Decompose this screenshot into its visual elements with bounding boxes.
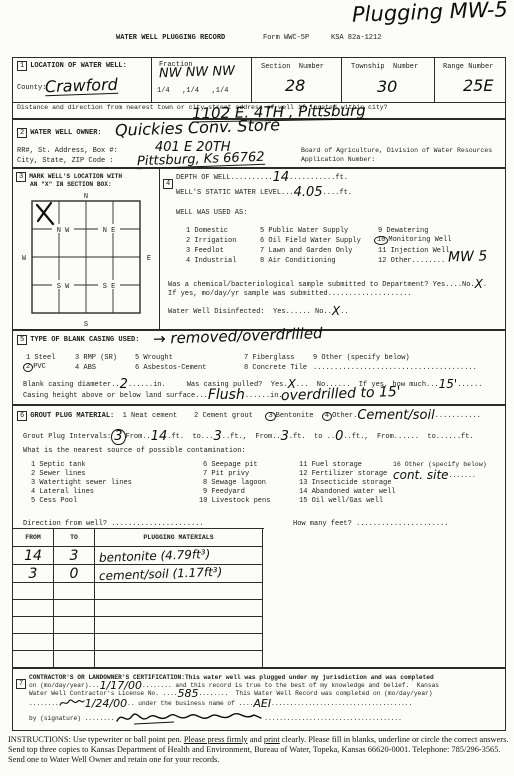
contamination-option: 15 Oil well/Gas well bbox=[299, 497, 383, 505]
table-cell bbox=[13, 651, 54, 669]
section1-title: 1LOCATION OF WATER WELL: bbox=[17, 61, 127, 71]
overdrilled-note: overdrilled to 15' bbox=[281, 385, 401, 403]
compass-w-label: W bbox=[22, 255, 27, 263]
section3-grid-box: 3MARK WELL'S LOCATION WITH AN "X" IN SEC… bbox=[12, 168, 160, 330]
section2-number: 2 bbox=[17, 128, 27, 138]
circled-10: 10 bbox=[374, 236, 388, 245]
circled-4: 4 bbox=[322, 412, 332, 421]
use-option-monitoring-well: 10Monitoring Well bbox=[374, 236, 451, 245]
contamination-option: 8 Sewage lagoon bbox=[203, 479, 266, 487]
township-number-label: Township Number bbox=[351, 63, 418, 71]
table-cell bbox=[54, 617, 95, 634]
business-name-value: AEI bbox=[253, 701, 271, 707]
static-water-level-value: 4.05 bbox=[294, 190, 323, 197]
casing-removed-note: → removed/overdrilled bbox=[153, 326, 323, 347]
handwritten-scribble bbox=[59, 698, 85, 707]
section7-certification-box: 7 CONTRACTOR'S OR LANDOWNER'S CERTIFICAT… bbox=[12, 668, 506, 731]
casing-option: 5 Wrought bbox=[135, 354, 173, 362]
table-header-materials: PLUGGING MATERIALS bbox=[95, 529, 263, 547]
section4-well-box: 4 DEPTH OF WELL..........14...........ft… bbox=[159, 168, 506, 330]
grout-option: 1 Neat cement bbox=[123, 412, 178, 420]
interval2-from: 3 bbox=[281, 434, 289, 441]
section2-owner-box: 2WATER WELL OWNER: Quickies Conv. Store … bbox=[12, 119, 506, 168]
divider bbox=[434, 58, 435, 103]
use-option: 11 Injection Well bbox=[378, 247, 449, 255]
form-number: Form WWC-5P bbox=[263, 34, 309, 42]
use-option: 2 Irrigation bbox=[186, 237, 236, 245]
section7-number: 7 bbox=[16, 679, 26, 689]
section1-number: 1 bbox=[17, 61, 27, 71]
circled-3: 3 bbox=[265, 412, 275, 421]
table-cell bbox=[95, 617, 263, 634]
circled-2: 2 bbox=[23, 363, 33, 372]
section1-location-box: 1LOCATION OF WATER WELL: County: Crawfor… bbox=[12, 57, 506, 103]
certification-line2: on (mo/day/year)...1/17/00........ and t… bbox=[29, 682, 439, 689]
section3-number: 3 bbox=[16, 172, 26, 182]
table-cell bbox=[13, 600, 54, 617]
use-option: 9 Dewatering bbox=[378, 227, 428, 235]
contamination-other-value: cont. site bbox=[393, 472, 449, 478]
grout-other-value: Cement/soil bbox=[357, 413, 434, 420]
casing-option-pvc: 2PVC bbox=[23, 363, 46, 372]
certification-line5: by (signature) .........................… bbox=[29, 709, 402, 727]
range-number-label: Range Number bbox=[443, 63, 493, 71]
use-option: 3 Feedlot bbox=[186, 247, 224, 255]
certification-line1: CONTRACTOR'S OR LANDOWNER'S CERTIFICATIO… bbox=[29, 674, 434, 681]
table-cell bbox=[95, 600, 263, 617]
table-cell bbox=[54, 583, 95, 600]
grout-option: Bentonite bbox=[276, 412, 314, 420]
casing-diameter-value: 2 bbox=[120, 382, 128, 389]
table-cell bbox=[54, 651, 95, 669]
record-completed-date-value: 1/24/00 bbox=[85, 701, 127, 707]
table-cell: bentonite (4.79ft³) bbox=[95, 547, 263, 565]
static-water-level-line: WELL'S STATIC WATER LEVEL...4.05....ft. bbox=[176, 189, 352, 197]
table-cell bbox=[13, 634, 54, 651]
contamination-label: What is the nearest source of possible c… bbox=[23, 447, 246, 455]
use-option: 7 Lawn and Garden Only bbox=[260, 247, 352, 255]
section6-grout-box: 6GROUT PLUG MATERIAL: 1 Neat cement 2 Ce… bbox=[12, 405, 506, 668]
table-header-to: TO bbox=[54, 529, 95, 547]
section5-number: 5 bbox=[17, 335, 27, 345]
city-state-zip-value: Pittsburg, Ks 66762 bbox=[137, 151, 265, 169]
form-title: WATER WELL PLUGGING RECORD bbox=[116, 34, 225, 42]
contamination-other-line: cont. site....... bbox=[393, 472, 476, 480]
interval1-to: 3 bbox=[213, 434, 221, 441]
table-cell bbox=[54, 634, 95, 651]
contamination-option: 1 Septic tank bbox=[31, 461, 86, 469]
grout-intervals-line: Grout Plug Intervals:3From..14.ft. to...… bbox=[23, 429, 474, 445]
use-other-value: MW 5 bbox=[448, 249, 488, 264]
contamination-option: 6 Seepage pit bbox=[203, 461, 258, 469]
table-cell: 0 bbox=[54, 565, 95, 583]
plugging-materials-table: FROM TO PLUGGING MATERIALS 14 3 bentonit… bbox=[12, 528, 264, 669]
well-used-as-label: WELL WAS USED AS: bbox=[176, 209, 247, 217]
disinfected-line: Water Well Disinfected: Yes...... No..X.… bbox=[168, 308, 348, 316]
casing-option: 8 Concrete Tile bbox=[244, 364, 307, 372]
table-cell bbox=[13, 583, 54, 600]
use-option: 8 Air Conditioning bbox=[260, 257, 336, 265]
contamination-option: 9 Feedyard bbox=[203, 488, 245, 496]
certification-line4: ........1/24/00.. under the business nam… bbox=[29, 698, 412, 707]
table-cell: 14 bbox=[13, 547, 54, 565]
compass-se-label: S E bbox=[103, 283, 116, 291]
casing-option: 1 Steel bbox=[26, 354, 55, 362]
how-many-feet-label: How many feet? ...................... bbox=[293, 520, 448, 528]
grout-option: 2 Cement grout bbox=[194, 412, 253, 420]
table-cell bbox=[13, 617, 54, 634]
depth-value: 14 bbox=[273, 175, 290, 182]
county-value: Crawford bbox=[45, 77, 118, 97]
sample-date-line: If yes, mo/day/yr sample was submitted..… bbox=[168, 290, 412, 298]
casing-option: 6 Asbestos-Cement bbox=[135, 364, 206, 372]
township-number-value: 30 bbox=[377, 79, 397, 95]
plugged-date-value: 1/17/00 bbox=[100, 683, 142, 689]
use-option: 6 Oil Field Water Supply bbox=[260, 237, 361, 245]
section6-number: 6 bbox=[17, 411, 27, 421]
compass-labels: N S W E N W N E S W S E bbox=[22, 193, 151, 329]
table-cell bbox=[95, 651, 263, 669]
contamination-option: 11 Fuel storage bbox=[299, 461, 362, 469]
compass-e-label: E bbox=[147, 255, 151, 263]
interval1-from: 14 bbox=[151, 434, 168, 441]
table-cell bbox=[95, 583, 263, 600]
sample-no-x: X bbox=[475, 281, 483, 287]
underlined-phrase: Please press firmly bbox=[184, 735, 248, 744]
contamination-option: 7 Pit privy bbox=[203, 470, 249, 478]
casing-option: 3 RMP (SR) bbox=[75, 354, 117, 362]
interval-material-number: 3 bbox=[111, 429, 125, 445]
disinfected-no-x: X bbox=[332, 308, 340, 314]
casing-other-dots: ....................................... bbox=[313, 364, 477, 372]
license-number-value: 585 bbox=[178, 691, 199, 697]
county-label: County: bbox=[17, 84, 46, 92]
board-of-agriculture-label: Board of Agriculture, Division of Water … bbox=[301, 147, 492, 155]
divider bbox=[151, 58, 152, 103]
contamination-option: 5 Cess Pool bbox=[31, 497, 77, 505]
fraction-value: NW NW NW bbox=[159, 65, 235, 81]
handwritten-page-annotation: Plugging MW-5 bbox=[352, 0, 508, 26]
casing-option: 9 Other (specify below) bbox=[313, 354, 410, 362]
use-option: 12 Other........ bbox=[378, 257, 445, 265]
signature bbox=[114, 709, 264, 727]
section5-title: 5TYPE OF BLANK CASING USED: bbox=[17, 335, 139, 345]
grout-material-line: 6GROUT PLUG MATERIAL: 1 Neat cement 2 Ce… bbox=[17, 411, 481, 421]
range-number-value: 25E bbox=[463, 78, 493, 94]
divider bbox=[341, 58, 342, 103]
contamination-option: 10 Livestock pens bbox=[199, 497, 270, 505]
casing-diameter-line: Blank casing diameter..2......in. Was ca… bbox=[23, 381, 482, 389]
casing-height-value: Flush bbox=[208, 392, 245, 399]
table-header-from: FROM bbox=[13, 529, 54, 547]
handwritten-x-mark bbox=[37, 203, 53, 224]
how-much-value: 15' bbox=[439, 381, 458, 387]
contamination-option: 2 Sewer lines bbox=[31, 470, 86, 478]
casing-pulled-x: X bbox=[288, 381, 296, 387]
contamination-option: 14 Abandoned water well bbox=[299, 488, 396, 496]
instructions-paragraph: INSTRUCTIONS: Use typewriter or ball poi… bbox=[8, 735, 510, 765]
use-option: 4 Industrial bbox=[186, 257, 236, 265]
depth-line: DEPTH OF WELL..........14...........ft. bbox=[176, 174, 348, 182]
contamination-option: 13 Insecticide storage bbox=[299, 479, 391, 487]
grout-option: Other. bbox=[332, 412, 357, 420]
fraction-blanks: 1/4 ,1/4 ,1/4 bbox=[157, 87, 228, 95]
compass-ne-label: N E bbox=[103, 227, 116, 235]
contamination-option: 12 Fertilizer storage bbox=[299, 470, 387, 478]
distance-value: 1102 E. 4TH , Pittsburg bbox=[192, 103, 366, 122]
section5-casing-box: 5TYPE OF BLANK CASING USED: → removed/ov… bbox=[12, 330, 506, 405]
table-cell: 3 bbox=[13, 565, 54, 583]
section-number-value: 28 bbox=[285, 78, 305, 94]
compass-s-label: S bbox=[84, 321, 88, 329]
scanned-form-sheet: Plugging MW-5 WATER WELL PLUGGING RECORD… bbox=[0, 0, 514, 776]
section-location-grid: N S W E N W N E S W S E bbox=[16, 189, 158, 329]
table-cell: 3 bbox=[54, 547, 95, 565]
use-option: 5 Public Water Supply bbox=[260, 227, 348, 235]
table-cell bbox=[95, 634, 263, 651]
sample-question-line: Was a chemical/bacteriological sample su… bbox=[168, 281, 487, 289]
section4-number: 4 bbox=[163, 179, 173, 189]
contamination-option: 4 Lateral lines bbox=[31, 488, 94, 496]
city-state-zip-label: City, State, ZIP Code : bbox=[17, 157, 114, 165]
use-option: 1 Domestic bbox=[186, 227, 228, 235]
compass-nw-label: N W bbox=[57, 227, 70, 235]
section-number-label: Section Number bbox=[261, 63, 324, 71]
application-number-label: Application Number: bbox=[301, 156, 375, 164]
address-label: RR#, St. Address, Box #: bbox=[17, 147, 118, 155]
table-cell bbox=[54, 600, 95, 617]
divider bbox=[251, 58, 252, 103]
table-cell: cement/soil (1.17ft³) bbox=[95, 565, 263, 583]
casing-option: 7 Fiberglass bbox=[244, 354, 294, 362]
contamination-option: 3 Watertight sewer lines bbox=[31, 479, 132, 487]
compass-n-label: N bbox=[84, 193, 88, 201]
underlined-phrase: print bbox=[264, 735, 280, 744]
section2-title: 2WATER WELL OWNER: bbox=[17, 128, 102, 138]
form-statute: KSA 82a-1212 bbox=[331, 34, 381, 42]
compass-sw-label: S W bbox=[57, 283, 70, 291]
casing-height-line: Casing height above or below land surfac… bbox=[23, 392, 283, 400]
section3-title-line2: AN "X" IN SECTION BOX: bbox=[30, 181, 112, 188]
casing-option: 4 ABS bbox=[75, 364, 96, 372]
